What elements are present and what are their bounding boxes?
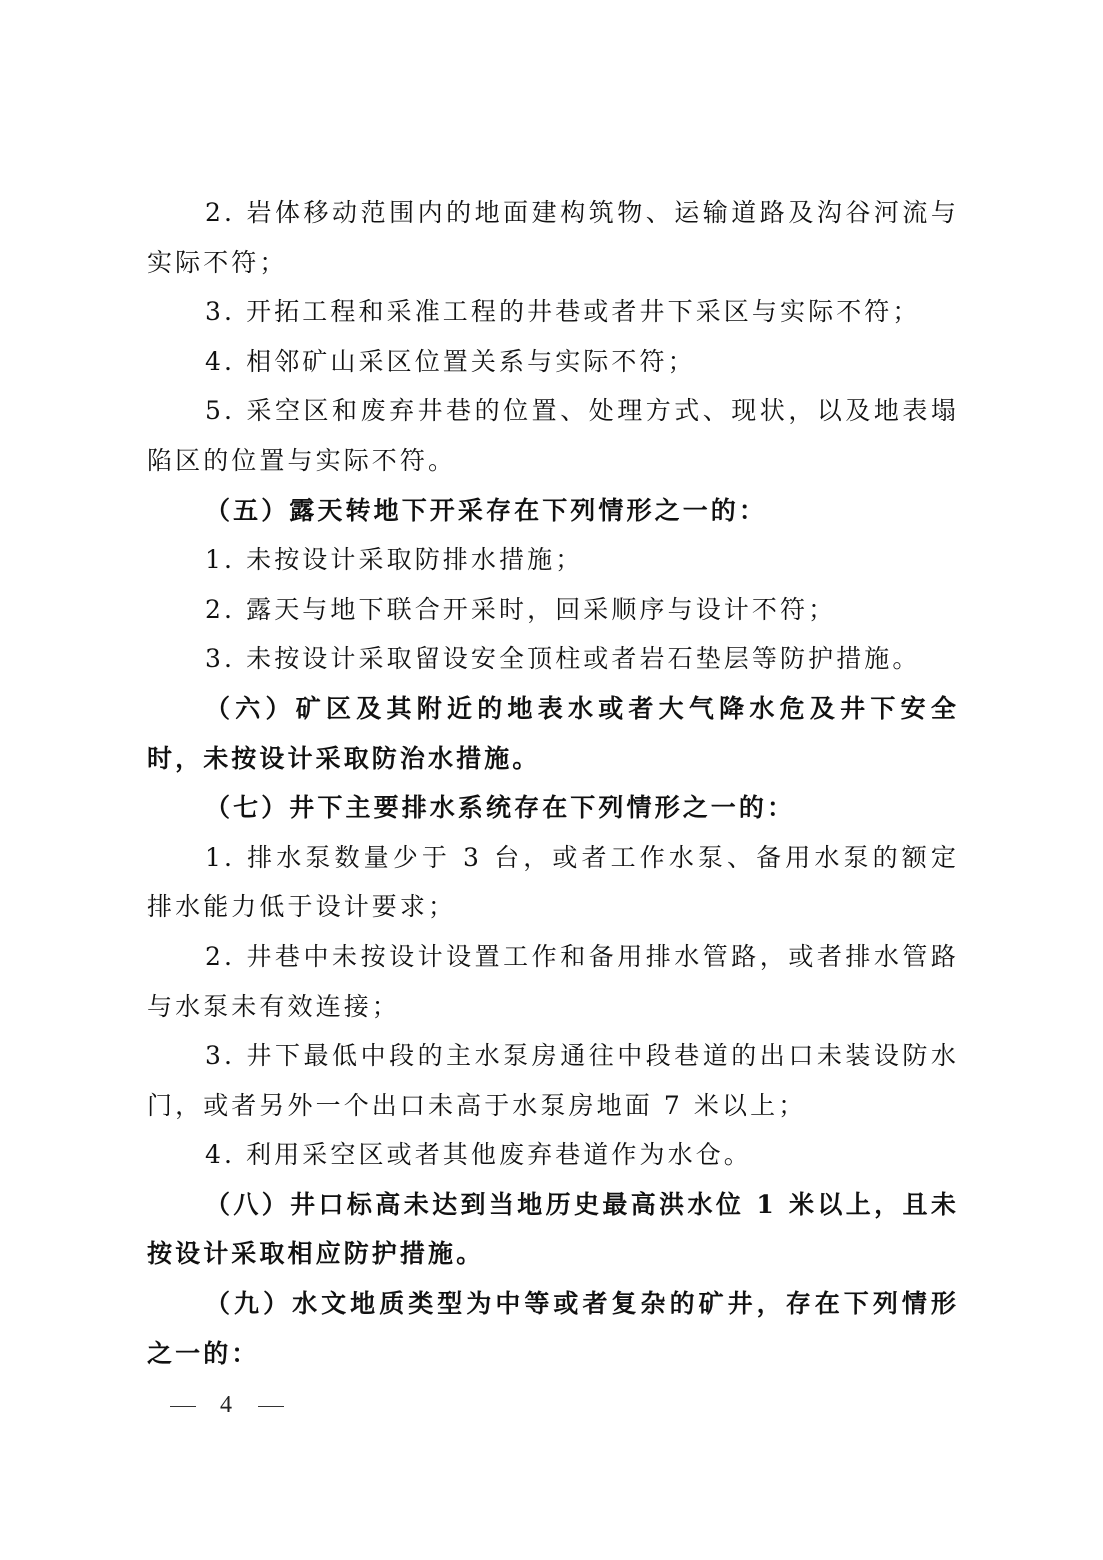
paragraph-item-1-pump-count: 1. 排水泵数量少于 3 台，或者工作水泵、备用水泵的额定排水能力低于设计要求； xyxy=(147,833,959,932)
paragraph-item-1-drainage-measures: 1. 未按设计采取防排水措施； xyxy=(147,535,959,585)
section-heading-8-shaft-elevation: （八）井口标高未达到当地历史最高洪水位 1 米以上，且未按设计采取相应防护措施。 xyxy=(147,1180,959,1279)
document-page: 2. 岩体移动范围内的地面建构筑物、运输道路及沟谷河流与实际不符； 3. 开拓工… xyxy=(147,188,959,1378)
footer-dash-right xyxy=(258,1406,284,1407)
paragraph-item-2-surface-structures: 2. 岩体移动范围内的地面建构筑物、运输道路及沟谷河流与实际不符； xyxy=(147,188,959,287)
paragraph-item-5-goaf: 5. 采空区和废弃井巷的位置、处理方式、现状，以及地表塌陷区的位置与实际不符。 xyxy=(147,386,959,485)
section-heading-5-open-pit-to-underground: （五）露天转地下开采存在下列情形之一的： xyxy=(147,486,959,536)
paragraph-item-3-pump-room-door: 3. 井下最低中段的主水泵房通往中段巷道的出口未装设防水门，或者另外一个出口未高… xyxy=(147,1031,959,1130)
section-heading-6-surface-water: （六）矿区及其附近的地表水或者大气降水危及井下安全时，未按设计采取防治水措施。 xyxy=(147,684,959,783)
paragraph-item-2-drainage-pipes: 2. 井巷中未按设计设置工作和备用排水管路，或者排水管路与水泵未有效连接； xyxy=(147,932,959,1031)
paragraph-item-2-joint-mining-sequence: 2. 露天与地下联合开采时，回采顺序与设计不符； xyxy=(147,585,959,635)
paragraph-item-4-adjacent-mines: 4. 相邻矿山采区位置关系与实际不符； xyxy=(147,337,959,387)
footer-dash-left xyxy=(170,1406,196,1407)
page-footer: 4 xyxy=(170,1392,284,1419)
section-heading-9-hydrogeology: （九）水文地质类型为中等或者复杂的矿井，存在下列情形之一的： xyxy=(147,1279,959,1378)
page-number: 4 xyxy=(220,1392,234,1419)
section-heading-7-main-drainage-system: （七）井下主要排水系统存在下列情形之一的： xyxy=(147,783,959,833)
paragraph-item-3-development-works: 3. 开拓工程和采准工程的井巷或者井下采区与实际不符； xyxy=(147,287,959,337)
paragraph-item-3-safety-pillar: 3. 未按设计采取留设安全顶柱或者岩石垫层等防护措施。 xyxy=(147,634,959,684)
paragraph-item-4-water-sump: 4. 利用采空区或者其他废弃巷道作为水仓。 xyxy=(147,1130,959,1180)
